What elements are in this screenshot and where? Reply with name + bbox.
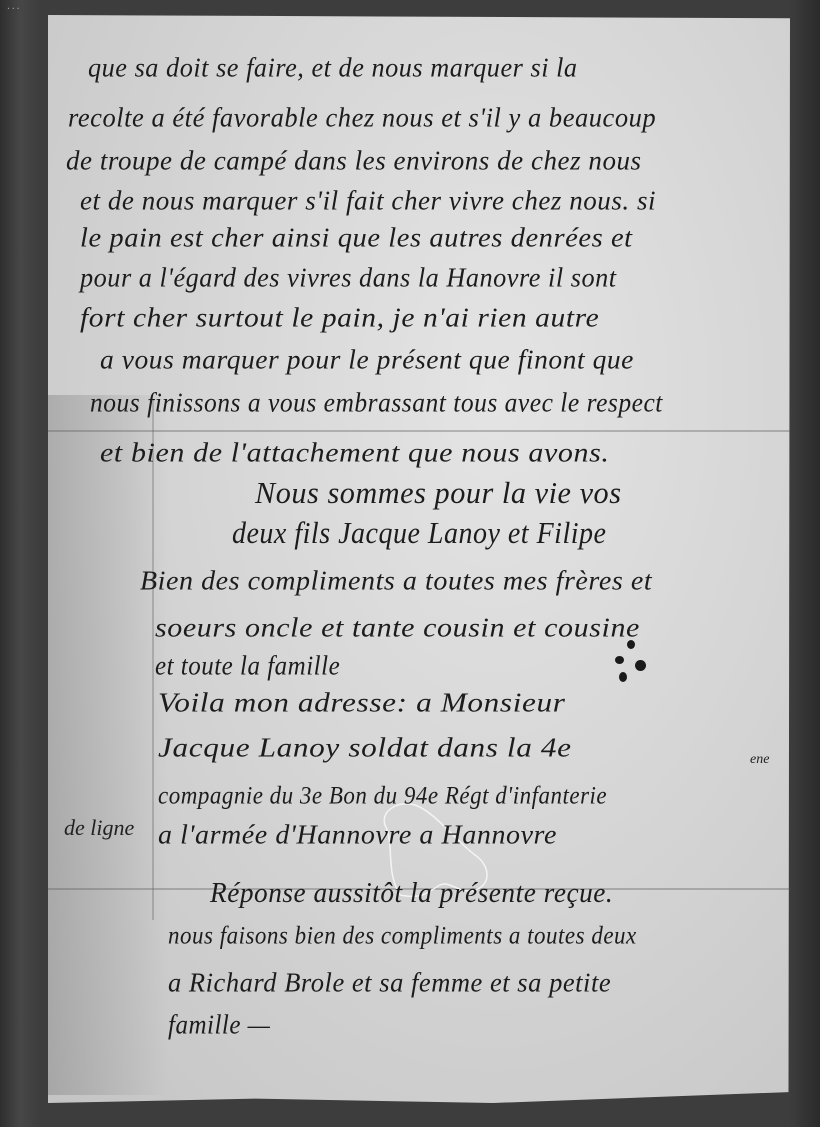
letter-line: a vous marquer pour le présent que finon… — [100, 346, 634, 377]
address-line: Jacque Lanoy soldat dans la 4e — [158, 734, 572, 765]
letter-line: et bien de l'attachement que nous avons. — [100, 439, 609, 470]
signature-line: Nous sommes pour la vie vos — [255, 476, 622, 511]
letter-line: et de nous marquer s'il fait cher vivre … — [80, 187, 656, 218]
address-superscript: ene — [750, 752, 769, 768]
postscript-line: a Richard Brole et sa femme et sa petite — [168, 969, 611, 1000]
fold-line-vertical — [152, 400, 154, 920]
greetings-line: et toute la famille — [155, 652, 340, 683]
postscript-line: nous faisons bien des compliments a tout… — [168, 922, 637, 951]
letter-line: le pain est cher ainsi que les autres de… — [80, 224, 633, 255]
address-line: compagnie du 3e Bon du 94e Régt d'infant… — [158, 782, 607, 811]
address-line: a l'armée d'Hannovre a Hannovre — [158, 821, 557, 852]
ink-blots — [615, 640, 675, 690]
greetings-line: soeurs oncle et tante cousin et cousine — [155, 614, 640, 645]
letter-line: recolte a été favorable chez nous et s'i… — [68, 104, 656, 135]
greetings-line: Bien des compliments a toutes mes frères… — [140, 567, 652, 598]
letter-line: pour a l'égard des vivres dans la Hanovr… — [80, 264, 617, 295]
margin-note: de ligne — [64, 815, 134, 841]
letter-line: que sa doit se faire, et de nous marquer… — [88, 54, 578, 85]
address-line: Voila mon adresse: a Monsieur — [158, 689, 566, 720]
letter-line: fort cher surtout le pain, je n'ai rien … — [80, 304, 599, 335]
postscript-line: famille — — [168, 1011, 270, 1042]
letter-line: nous finissons a vous embrassant tous av… — [90, 389, 663, 420]
postscript-line: Réponse aussitôt la présente reçue. — [210, 877, 613, 910]
corner-mark: ... — [6, 2, 20, 11]
fold-line-horizontal — [48, 430, 790, 432]
signature-line: deux fils Jacque Lanoy et Filipe — [232, 516, 606, 551]
letter-line: de troupe de campé dans les environs de … — [66, 147, 642, 178]
